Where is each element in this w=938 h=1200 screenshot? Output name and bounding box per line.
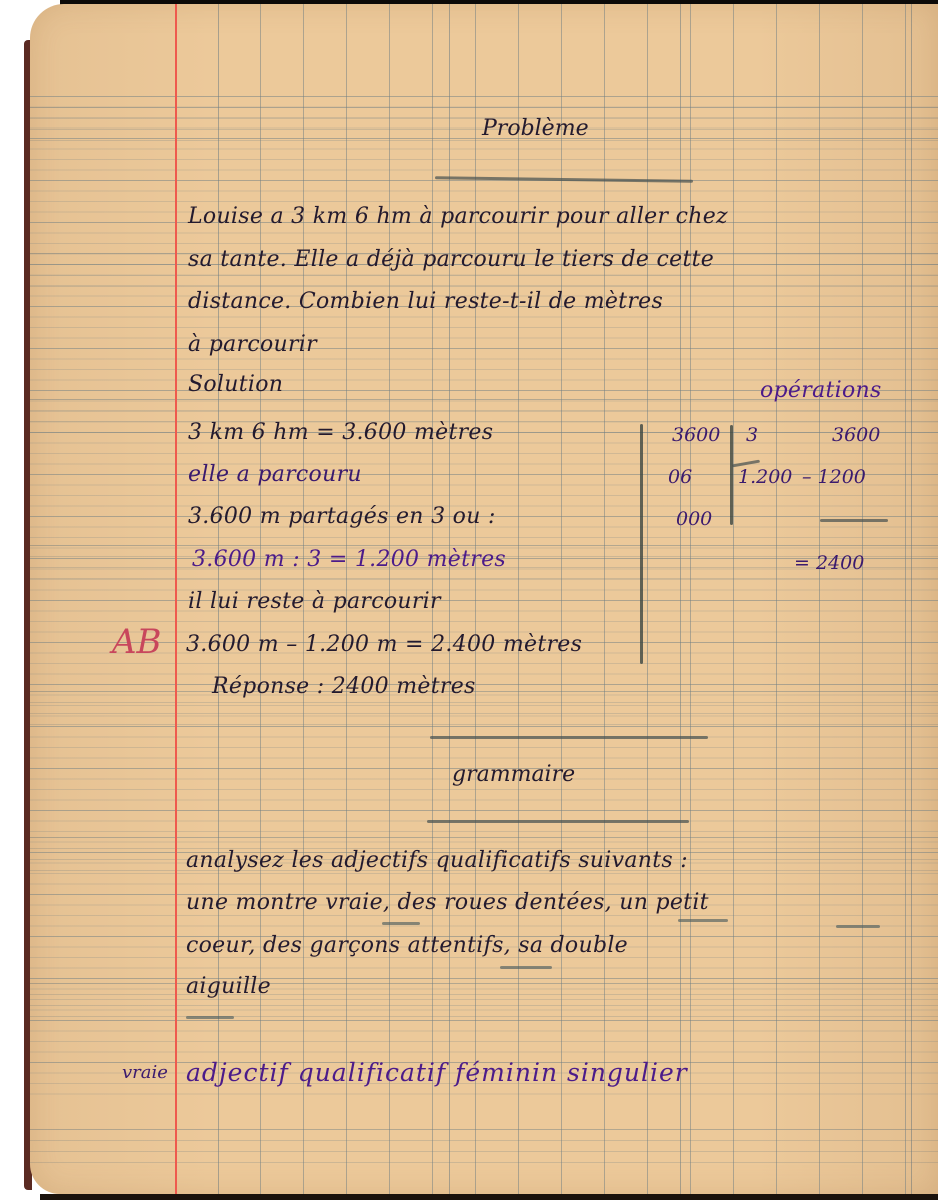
operations-heading: opérations: [760, 378, 882, 403]
scan-bottom-edge: [40, 1194, 938, 1200]
underline-attentifs: [500, 966, 552, 969]
analysis-description: adjectif qualificatif féminin singulier: [186, 1058, 688, 1087]
division-bracket-vertical: [730, 425, 733, 525]
underline-aiguille: [186, 1016, 234, 1019]
subtraction-result: = 2400: [794, 552, 864, 574]
solution-line: 3.600 m – 1.200 m = 2.400 mètres: [186, 632, 582, 657]
statement-line: distance. Combien lui reste-t-il de mètr…: [188, 289, 663, 314]
grammaire-title: grammaire: [452, 762, 575, 787]
answer-line: Réponse : 2400 mètres: [212, 674, 476, 699]
teacher-grade-mark: AB: [112, 622, 162, 662]
solution-line: 3.600 m partagés en 3 ou :: [188, 504, 496, 529]
solution-line: elle a parcouru: [188, 462, 362, 487]
underline-vraie: [382, 922, 420, 925]
grammaire-title-rule: [427, 820, 689, 823]
statement-line: à parcourir: [188, 332, 317, 357]
red-margin-line: [175, 4, 177, 1194]
section-divider-rule: [430, 736, 708, 739]
statement-line: Louise a 3 km 6 hm à parcourir pour alle…: [188, 204, 728, 229]
solution-line: 3.600 m : 3 = 1.200 mètres: [192, 547, 506, 572]
example-line: aiguille: [186, 974, 271, 999]
solution-heading: Solution: [188, 372, 283, 397]
example-line: coeur, des garçons attentifs, sa double: [186, 933, 628, 958]
division-remainder: 06: [668, 466, 692, 488]
grammaire-instruction: analysez les adjectifs qualificatifs sui…: [186, 848, 688, 873]
underline-dentees: [678, 919, 728, 922]
notebook-page: [30, 4, 938, 1194]
probleme-title: Problème: [482, 116, 589, 141]
operations-separator-line: [640, 424, 643, 664]
example-line: une montre vraie, des roues dentées, un …: [186, 890, 709, 915]
solution-line: il lui reste à parcourir: [188, 589, 441, 614]
division-dividend: 3600: [672, 424, 720, 446]
division-divisor: 3: [746, 424, 758, 446]
underline-petit: [836, 925, 880, 928]
statement-line: sa tante. Elle a déjà parcouru le tiers …: [188, 247, 714, 272]
subtraction-minuend: 3600: [832, 424, 880, 446]
subtraction-subtrahend: – 1200: [802, 466, 866, 488]
solution-line: 3 km 6 hm = 3.600 mètres: [188, 420, 493, 445]
division-quotient: 1.200: [738, 466, 792, 488]
analysis-word: vraie: [122, 1062, 168, 1083]
subtraction-result-line: [820, 519, 888, 522]
division-remainder: 000: [676, 508, 712, 530]
